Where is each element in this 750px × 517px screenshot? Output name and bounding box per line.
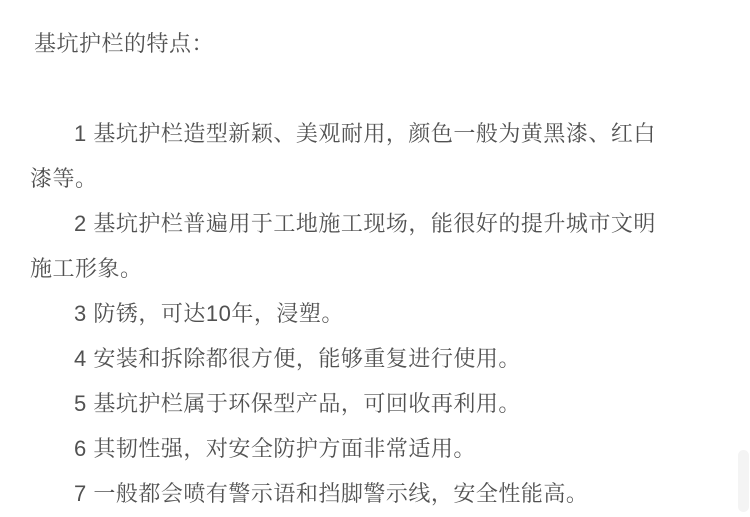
feature-item-2: 2 基坑护栏普遍用于工地施工现场，能很好的提升城市文明施工形象。 — [30, 201, 658, 291]
feature-item-3: 3 防锈，可达10年，浸塑。 — [30, 291, 658, 336]
scrollbar-thumb[interactable] — [738, 450, 749, 512]
feature-item-5: 5 基坑护栏属于环保型产品，可回收再利用。 — [30, 381, 658, 426]
feature-item-7: 7 一般都会喷有警示语和挡脚警示线，安全性能高。 — [30, 471, 658, 516]
feature-item-6: 6 其韧性强，对安全防护方面非常适用。 — [30, 426, 658, 471]
article-title: 基坑护栏的特点： — [34, 21, 658, 66]
feature-item-1: 1 基坑护栏造型新颖、美观耐用，颜色一般为黄黑漆、红白漆等。 — [30, 111, 658, 201]
feature-item-4: 4 安装和拆除都很方便，能够重复进行使用。 — [30, 336, 658, 381]
article-body: 基坑护栏的特点： 1 基坑护栏造型新颖、美观耐用，颜色一般为黄黑漆、红白漆等。 … — [30, 21, 658, 516]
